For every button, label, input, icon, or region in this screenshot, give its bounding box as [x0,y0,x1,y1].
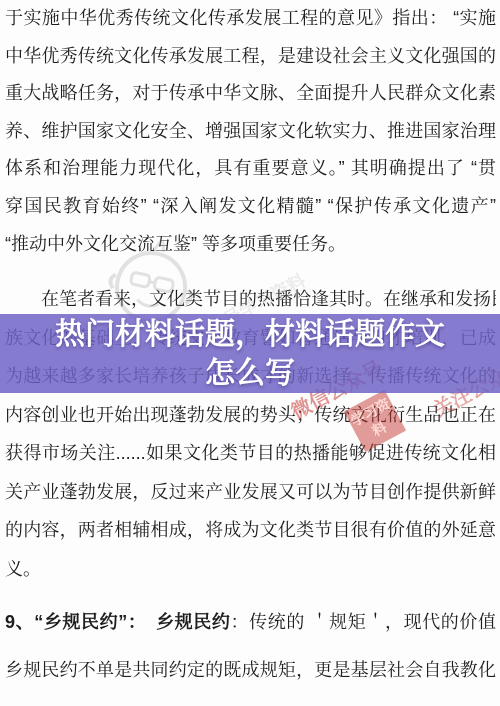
article-page: 于实施中华优秀传统文化传承发展工程的意见》指出： “实施 中华优秀传统文化传承发… [0,0,500,706]
text-line: 的内容，两者相辅相成，将成为文化类节目很有价值的外延意 [5,511,496,550]
text-line: 关产业蓬勃发展，反过来产业发展又可以为节目创作提供新鲜 [5,473,496,512]
text-line: 养、维护国家文化安全、增强国家文化软实力、推进国家治理 [5,113,496,151]
text-line: 获得市场关注......如果文化类节目的热播能够促进传统文化相 [5,434,496,473]
text-line: 重大战略任务，对于传承中华文脉、全面提升人民群众文化素 [5,75,496,113]
heading-bold-text: 9、“乡规民约”： 乡规民约 [5,612,231,632]
text-line: 在笔者看来，文化类节目的热播恰逢其时。在继承和发扬民 [5,280,496,319]
text-line: 体系和治理能力现代化，具有重要意义。” 其明确提出了 “贯 [5,150,496,188]
text-line: 穿国民教育始终” “深入阐发文化精髓” “保护传承文化遗产” [5,188,496,226]
overlay-title-line1: 热门材料话题，材料话题作文 [55,315,445,354]
paragraph: 于实施中华优秀传统文化传承发展工程的意见》指出： “实施 中华优秀传统文化传承发… [5,0,496,263]
text-line: 乡规民约不单是共同约定的既成规矩，更是基层社会自我教化 [5,652,496,690]
text-line: 于实施中华优秀传统文化传承发展工程的意见》指出： “实施 [5,0,496,38]
heading-rest-text: ：传统的 ＇规矩＇，现代的价值 [231,612,496,632]
paragraph: 乡规民约不单是共同约定的既成规矩，更是基层社会自我教化 [5,652,496,690]
text-line: 义。 [5,550,496,589]
text-line: 中华优秀传统文化传承发展工程，是建设社会主义文化强国的 [5,38,496,76]
text-line: 9、“乡规民约”： 乡规民约：传统的 ＇规矩＇，现代的价值 [5,604,496,642]
section-heading: 9、“乡规民约”： 乡规民约：传统的 ＇规矩＇，现代的价值 [5,604,496,642]
overlay-title-line2: 怎么写 [205,354,295,393]
text-line: 内容创业也开始出现蓬勃发展的势头；传统文化衍生品也正在 [5,396,496,435]
title-overlay-band: 热门材料话题，材料话题作文 怎么写 [0,314,500,393]
text-line: “推动中外文化交流互鉴” 等多项重要任务。 [5,226,496,264]
